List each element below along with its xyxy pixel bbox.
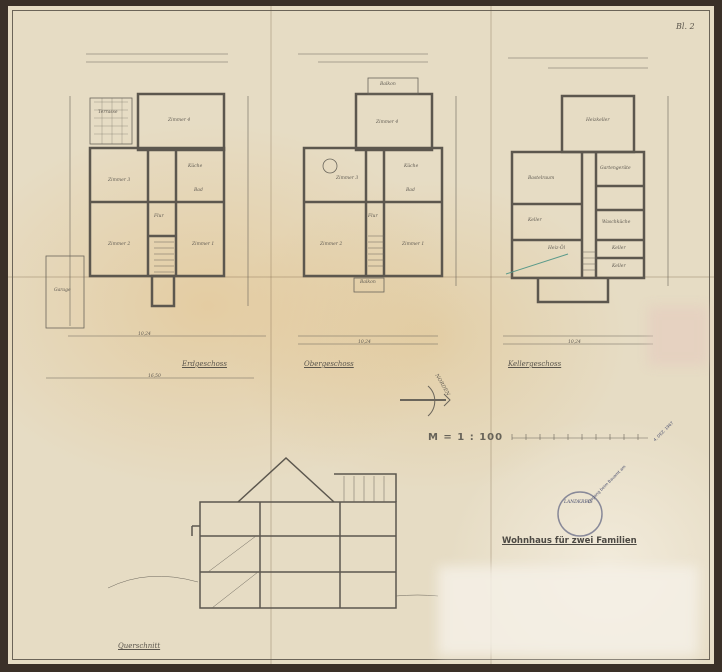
room-label: Balkon <box>360 280 376 285</box>
room-label: Zimmer 4 <box>376 120 398 125</box>
room-label: Bad <box>194 188 203 193</box>
room-label: Zimmer 3 <box>108 178 130 183</box>
room-label: Garage <box>54 288 71 293</box>
plan-title-kellergeschoss: Kellergeschoss <box>508 360 561 368</box>
blueprint-sheet: Bl. 2 <box>8 6 714 664</box>
dimension-overall: 16,50 <box>148 374 161 379</box>
room-label: Zimmer 2 <box>320 242 342 247</box>
room-label: Keller <box>528 218 542 223</box>
plan-title-obergeschoss: Obergeschoss <box>304 360 354 368</box>
room-label: Zimmer 3 <box>336 176 358 181</box>
room-label: Keller <box>612 246 626 251</box>
plan-title-erdgeschoss: Erdgeschoss <box>182 360 227 368</box>
dimension-total: 10,24 <box>568 340 581 345</box>
room-label: Küche <box>188 164 202 169</box>
room-label: Zimmer 2 <box>108 242 130 247</box>
room-label: Keller <box>612 264 626 269</box>
room-label: Bad <box>406 188 415 193</box>
room-label: Zimmer 1 <box>402 242 424 247</box>
room-label: Heizkeller <box>586 118 609 123</box>
room-label: Flur <box>154 214 164 219</box>
room-label: Küche <box>404 164 418 169</box>
room-label: Flur <box>368 214 378 219</box>
room-label: Terrasse <box>98 110 118 115</box>
drawing-title: Wohnhaus für zwei Familien <box>502 536 637 546</box>
redacted-area <box>438 566 698 656</box>
dimension-total: 10,24 <box>358 340 371 345</box>
room-label: Zimmer 1 <box>192 242 214 247</box>
scale-label: M = 1 : 100 <box>428 432 503 443</box>
stain <box>648 306 708 366</box>
dimension-total: 10,24 <box>138 332 151 337</box>
stamp-seal: LANDKREIS <box>564 500 593 505</box>
room-label: Bastelraum <box>528 176 554 181</box>
room-label: Zimmer 4 <box>168 118 190 123</box>
section-title: Querschnitt <box>118 642 160 650</box>
room-label: Waschküche <box>602 220 630 225</box>
room-label: Heiz-Öl <box>548 246 565 251</box>
room-label: Balkon <box>380 82 396 87</box>
room-label: Gartengeräte <box>600 166 631 171</box>
